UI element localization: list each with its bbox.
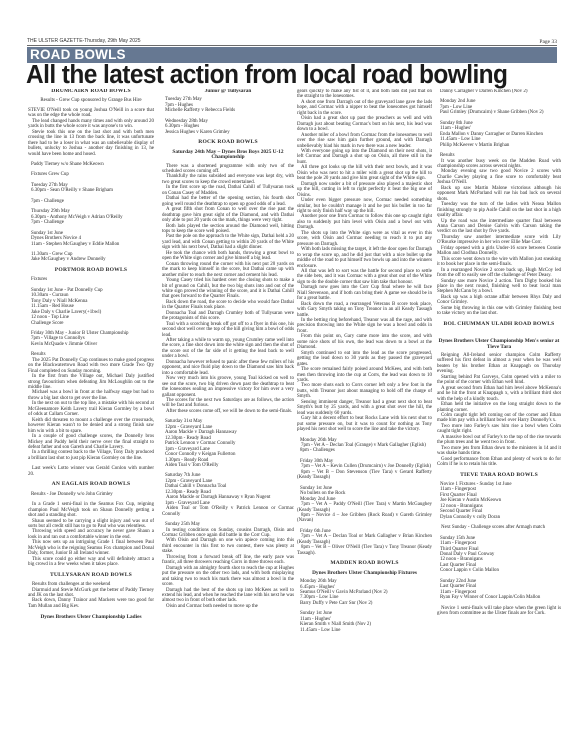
fixture-line: 11.45am - Low Line: [297, 628, 432, 633]
article-paragraph: Some big throwing in this one with Griml…: [437, 306, 561, 317]
article-paragraph: Friday opened with a girls Under-16 scor…: [437, 246, 561, 257]
article-paragraph: In testing conditions on Sunday, cousins…: [162, 528, 294, 539]
subheading: Results - Grew Cup sponsored by Grange B…: [28, 98, 154, 103]
article-paragraph: Oisin and Cormac both needed to move up …: [162, 604, 294, 609]
article-paragraph: Keith did threaten to mount a challenge …: [28, 418, 154, 434]
article-paragraph: Novice 1 semi-finals will take place whe…: [437, 606, 561, 617]
article-paragraph: All that was left to sort was the battle…: [297, 269, 432, 285]
article-paragraph: He took the chance with both hands, thro…: [162, 251, 294, 262]
fixture-line: Aiden Toal or Tom O'Reilly v Patrick Len…: [162, 506, 294, 517]
article-paragraph: Thursday saw another intermediate score …: [437, 235, 561, 246]
article-paragraph: Toal with a scorching break off got off …: [162, 322, 294, 338]
masthead: THE ULSTER GAZETTE-Thursday, 29th May 20…: [27, 37, 557, 45]
article-paragraph: The shots up into the White sign were as…: [297, 231, 432, 247]
article-paragraph: In the first from the Village out, Micha…: [28, 374, 154, 390]
subheading: Dynes Brothers Ulster Championship Fixtu…: [297, 571, 432, 576]
article-paragraph: Two more shots each to Corrs corner left…: [297, 383, 432, 399]
section-heading-portmor: PORTMOR ROAD BOWLS: [28, 268, 154, 273]
article-paragraph: Oisin had a great shot up past the preac…: [297, 116, 432, 132]
article-paragraph: In the next on out to the top line, a mi…: [28, 401, 154, 417]
article-paragraph: This now sets up an intriguing Grade 1 f…: [28, 540, 154, 556]
article-paragraph: Shaun seemed to be carrying a slight inj…: [28, 519, 154, 530]
article-paragraph: A massive bowl out of Farley's to the to…: [437, 435, 561, 446]
article-paragraph: Both lads played the section around the …: [162, 224, 294, 235]
fixture-line: 8pm – Vet B – Oliver O'Neill (Tiev Tara)…: [297, 545, 432, 556]
fixture-line: 7pm – Vet A – Paddy O'Neill (Tiev Tara) …: [297, 502, 432, 513]
article-paragraph: Donnacha Toal and Darragh Crumley both o…: [162, 311, 294, 322]
subheading: Saturday 24th May – Dynes Bros Boys 2025…: [162, 150, 294, 161]
publication-dateline: THE ULSTER GAZETTE-Thursday, 29th May 20…: [27, 38, 141, 44]
article-paragraph: The 2025 Pat Donnelly Cup continues to m…: [28, 358, 154, 374]
article-paragraph: Back up saw Martin Malone victorious alt…: [437, 186, 561, 202]
article-paragraph: In the betting ring beforehand, Treanor …: [297, 318, 432, 334]
article-paragraph: In a couple of good challenge scores, th…: [28, 434, 154, 450]
article-paragraph: After these scores come off, we will be …: [162, 409, 294, 414]
article-paragraph: A great fifth shot from Conan to well ov…: [162, 207, 294, 223]
article-paragraph: Young Casey tried his hardest over the c…: [162, 278, 294, 300]
article-paragraph: Reigning All-Ireland senior champion Col…: [437, 353, 561, 375]
article-paragraph: A great second from Ethan had him level …: [437, 386, 561, 402]
article-paragraph: Under even bigger pressure now, Cormac n…: [297, 198, 432, 214]
article-paragraph: With both lads missing the target, it le…: [297, 247, 432, 269]
article-paragraph: There was a shortened programme with onl…: [162, 164, 294, 175]
section-heading-an-eaglais: AN EAGLAIS ROAD BOWLS: [28, 482, 154, 487]
fixture-line: Jake McGaughey v Andrew Donnelly: [28, 257, 154, 262]
article-paragraph: Past the pole on the approach to the Whi…: [162, 234, 294, 250]
section-heading-bol-chumman: BOL CHUMMAN ULADH ROAD BOWLS: [437, 322, 561, 327]
article-paragraph: In a rearranged Novice 2 score back up, …: [437, 268, 561, 279]
lotto-result: Last week's Lotto winner was Gerald Conl…: [28, 466, 154, 477]
fixture-line: 7pm – Vet A – Kevin Cullen (Drumcairn) v…: [297, 464, 432, 469]
fixture-line: 8pm – Vet B – Don Stevenson (Tiev Tara) …: [297, 470, 432, 481]
article-paragraph: Ethan held the initiative on the long st…: [437, 402, 561, 413]
article-paragraph: The lead changed hands many times and wi…: [28, 119, 154, 130]
article-paragraph: Next Sunday - Challenge scores after Arm…: [437, 525, 561, 530]
column-4: Danny Carragher v Darren Kinchen (Nov 2)…: [437, 89, 561, 734]
column-2: Junior @ Tullysaran Tuesday 27th May 7pm…: [162, 89, 294, 734]
article-paragraph: Tuesday was the turn of the ladies with …: [437, 202, 561, 218]
article-paragraph: Thankfully the rains subsided and everyo…: [162, 174, 294, 185]
article-paragraph: Sensing imminent danger, Treanor had a g…: [297, 400, 432, 416]
article-paragraph: Back down the road, a rearranged Veteran…: [297, 302, 432, 318]
section-heading-junior: Junior @ Tullysaran: [162, 89, 294, 94]
article-paragraph: This score went down to the wire with Ma…: [437, 257, 561, 268]
article-paragraph: With everyone going up into the Diamond …: [297, 149, 432, 165]
article-paragraph: Up the road was the intermediate quarter…: [437, 219, 561, 235]
article-paragraph: From this point on, Gary came more into …: [297, 334, 432, 350]
article-paragraph: Throwing from a forward break off line, …: [162, 555, 294, 566]
article-paragraph: Good performance from Ethan and plenty o…: [437, 457, 561, 468]
article-paragraph: It was another busy week on the Madden R…: [437, 159, 561, 170]
article-paragraph: Throwing with speed and accuracy he neve…: [28, 529, 154, 540]
article-paragraph: Darragh now goes into the Corr Cup final…: [297, 285, 432, 301]
article-paragraph: Colm caught tight left coming out of the…: [437, 413, 561, 424]
article-paragraph: Smyth continued to eat into the lead as …: [297, 351, 432, 367]
article-paragraph: Sunday saw more Novice 2 action. Tom Dig…: [437, 279, 561, 295]
article-paragraph: STEVIE O'Neill took on young Joshua O'Ne…: [28, 108, 154, 119]
article-paragraph: Donnacha however refused to panic after …: [162, 360, 294, 376]
article-paragraph: This score could go either way and will …: [28, 557, 154, 568]
article-paragraph: Back down, Danny Trainor and Mackers wer…: [28, 598, 154, 609]
article-paragraph: Two more into Farley's saw him rise a bo…: [437, 424, 561, 435]
article-paragraph: A short one from Darragh out of the grav…: [297, 100, 432, 116]
article-paragraph: Dathai had the better of the opening sec…: [162, 196, 294, 207]
article-paragraph: Gary hit a decent effort to beat Rocks L…: [297, 416, 432, 432]
article-paragraph: The score remained fairly poised around …: [297, 367, 432, 383]
article-paragraph: Now very much into his groove, young Toa…: [162, 376, 294, 398]
article-paragraph: With Oisin and Darragh on one win apiece…: [162, 538, 294, 554]
article-paragraph: In a Grade 1 semi-final in the Seamus Fo…: [28, 502, 154, 518]
section-heading-rock: ROCK ROAD BOWLS: [162, 140, 294, 145]
fixture-line: Paul Grimley (Drumcairn) v Shane Gribben…: [437, 110, 561, 115]
article-paragraph: Back up was a high octane affair between…: [437, 295, 561, 306]
article-paragraph: Darragh now under a bit of pressure also…: [297, 182, 432, 198]
article-paragraph: Michael was a bowl in front at the halfw…: [28, 390, 154, 401]
column-3: gears quickly to make any fist of it, an…: [297, 89, 432, 734]
column-1: DRUMCAIRN ROAD BOWLS Results - Grew Cup …: [28, 89, 154, 734]
article-paragraph: Starting behind Pat Garveys, Colm opened…: [437, 375, 561, 386]
section-heading-tieve-tara: TIEVE TARA ROAD BOWLS: [437, 473, 561, 478]
article-paragraph: Another poor one from Cormac to follow t…: [297, 214, 432, 230]
section-heading-drumcairn: DRUMCAIRN ROAD BOWLS: [28, 89, 154, 94]
article-paragraph: Another miler of a bowl from Cormac from…: [297, 133, 432, 149]
article-paragraph: gears quickly to make any fist of it, an…: [297, 89, 432, 100]
masthead-rule: [27, 45, 557, 46]
article-paragraph: Back down the road, the score to decide …: [162, 300, 294, 311]
section-heading-madden: MADDEN ROAD BOWLS: [297, 561, 432, 566]
subheading: Dynes Brothers Ulster Championship Ladie…: [28, 615, 154, 620]
article-paragraph: Stevie took this one on the last shot an…: [28, 130, 154, 157]
article-paragraph: Diarmuid and Stevie McGurk got the bette…: [28, 588, 154, 599]
page-headline: All the latest action from local road bo…: [26, 62, 544, 88]
article-paragraph: Monday evening saw two good Novice 2 sco…: [437, 169, 561, 185]
article-paragraph: All three got looks up the hill with the…: [297, 165, 432, 181]
article-paragraph: The scores for the next two Saturdays ar…: [162, 398, 294, 409]
article-paragraph: Two more jets from Ethan down to the min…: [437, 446, 561, 457]
fixture-line: 8pm – Novice 4 – Joe Gribben (Rock Road)…: [297, 513, 432, 524]
article-paragraph: Conan throwing round the corner with his…: [162, 262, 294, 278]
article-paragraph: Darragh had the best of the shots up int…: [162, 588, 294, 604]
section-heading-tullysaran: TULLYSARAN ROAD BOWLS: [28, 573, 154, 578]
subheading: Dynes Brothers Ulster Championship Men's…: [437, 339, 561, 350]
fixture-line: 7pm – Vet A – Declan Toal or Mark Gallag…: [297, 534, 432, 545]
fixture-line: Jessica Hughes v Karen Grimley: [162, 130, 294, 135]
article-paragraph: After taking a while to warm up, young C…: [162, 338, 294, 360]
article-paragraph: Darragh with an almighty fourth shot to …: [162, 566, 294, 588]
article-paragraph: In a thrilling contest back to the Villa…: [28, 450, 154, 461]
article-paragraph: In the first score up the road, Dathai C…: [162, 185, 294, 196]
